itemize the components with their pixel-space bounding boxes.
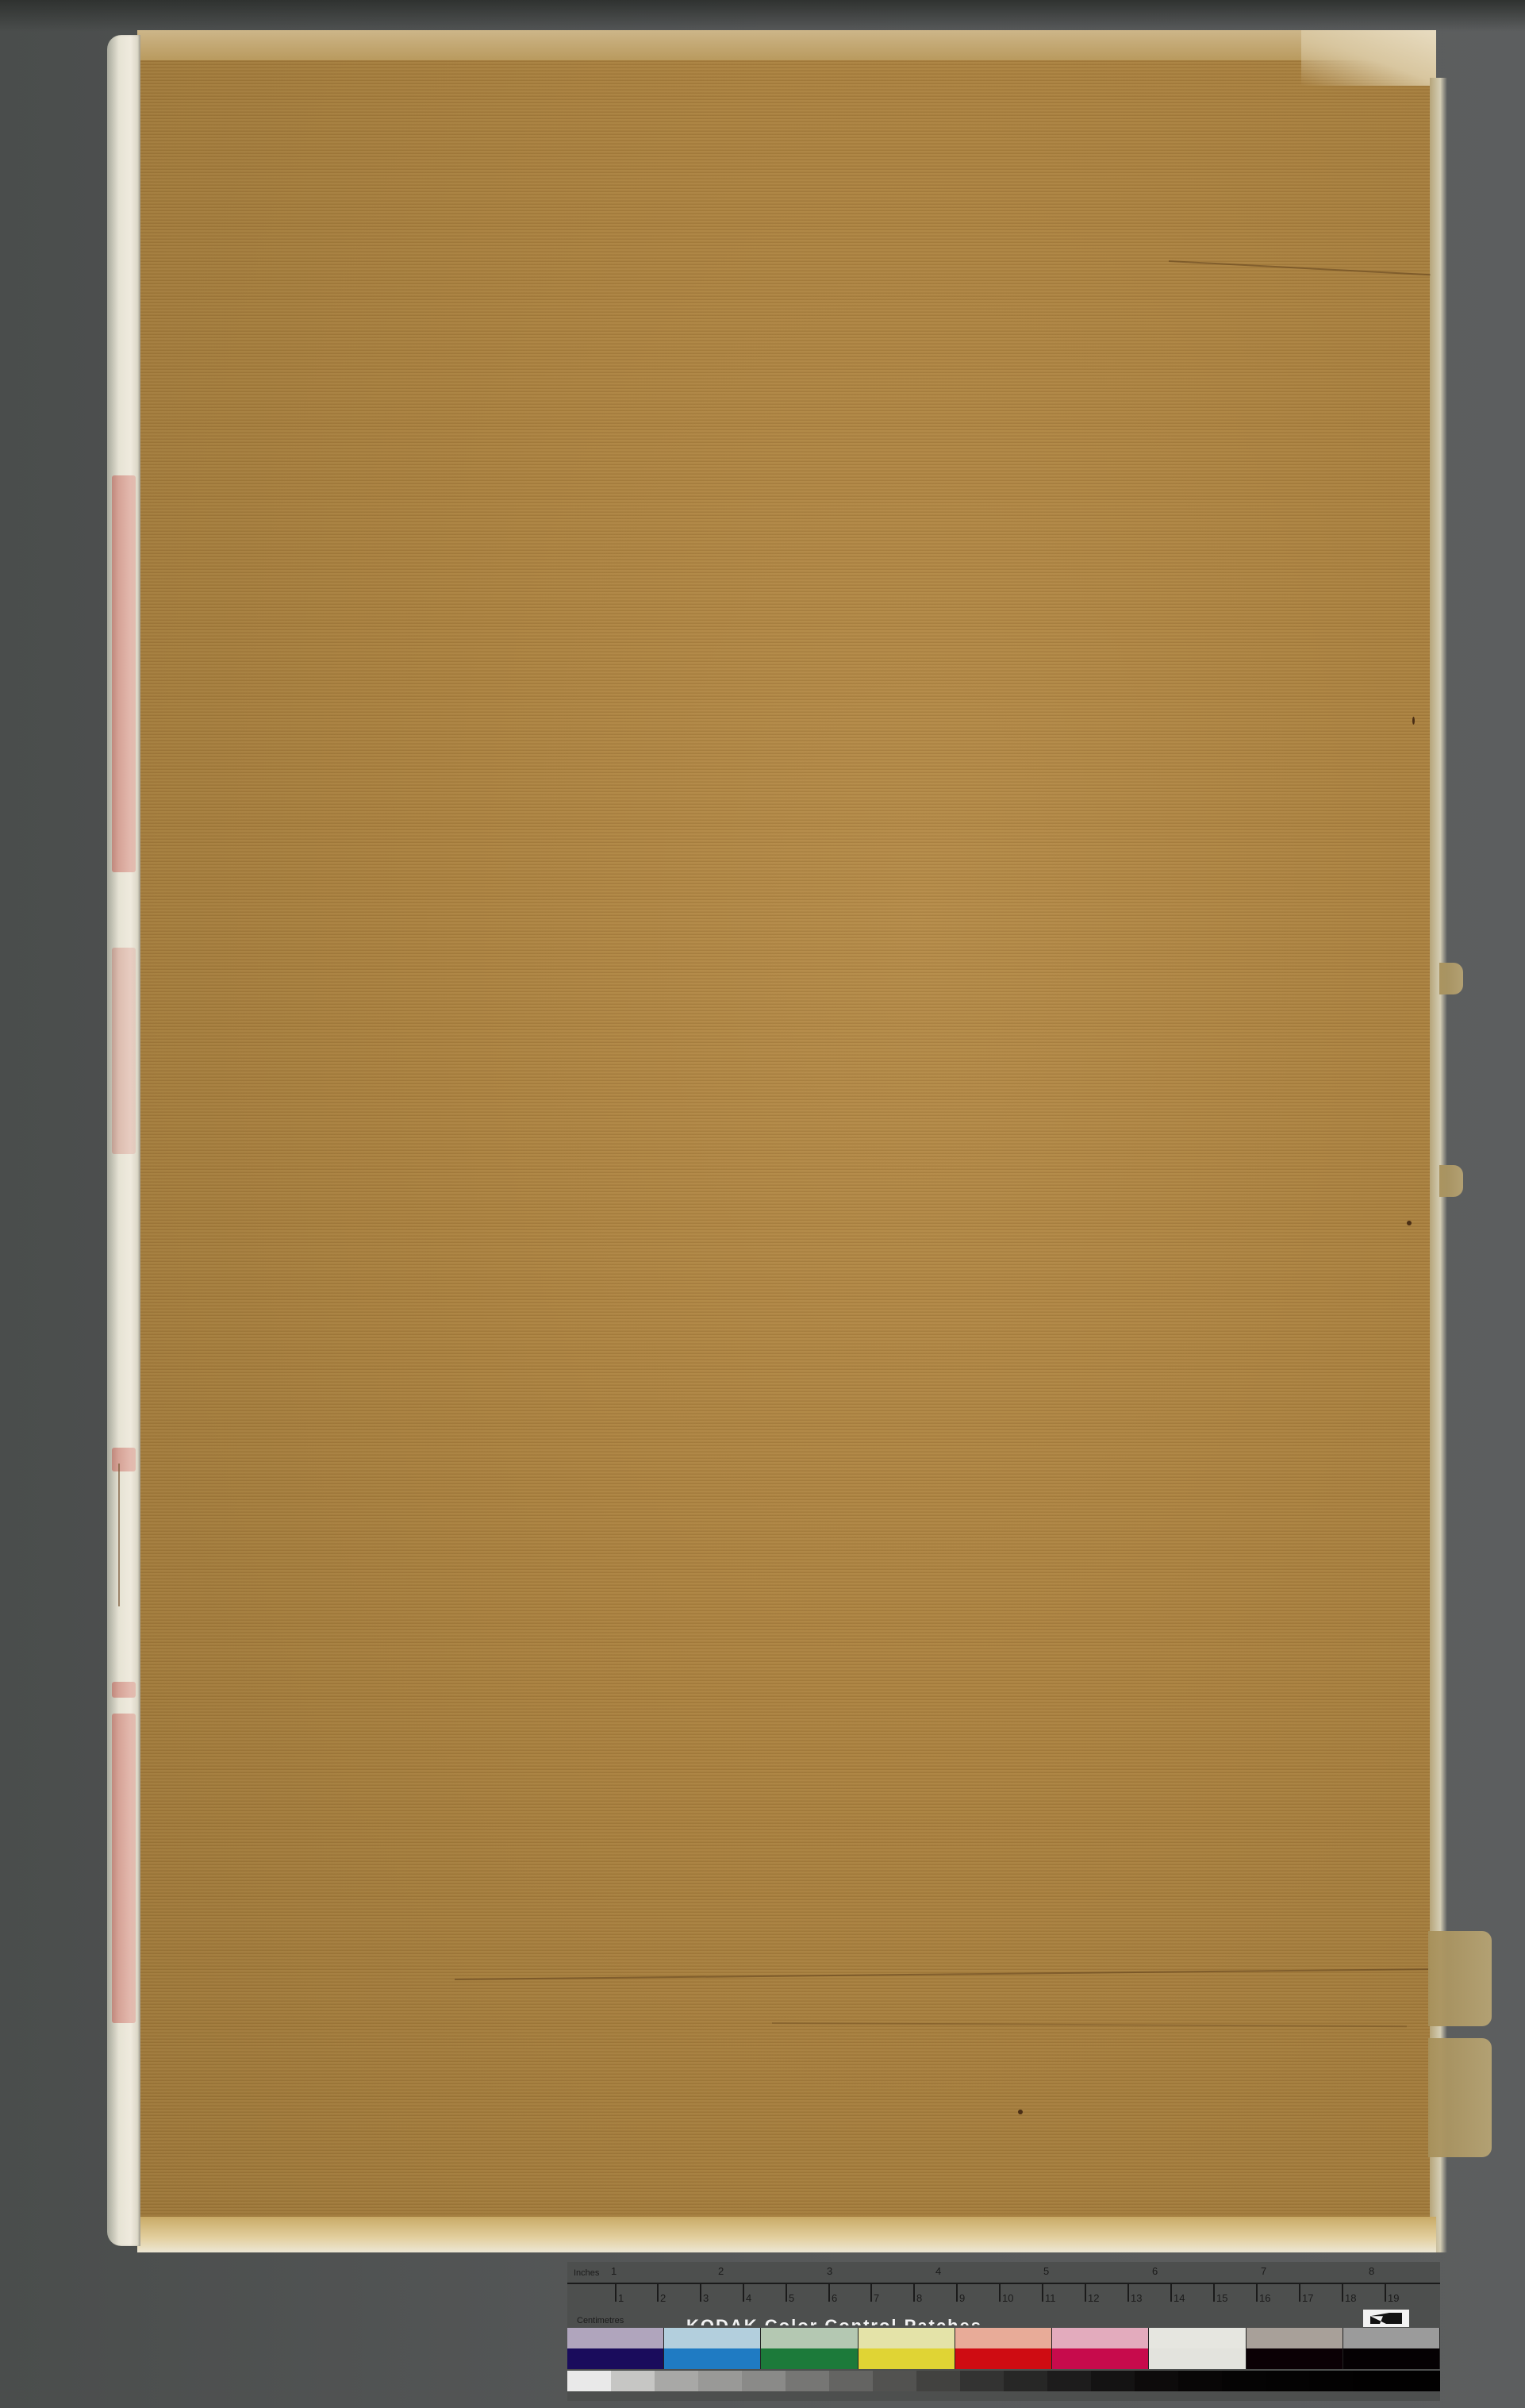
cm-tick-label: 2 [660, 2292, 666, 2304]
kodak-color-target: Inches 1 2 3 4 5 6 7 8 1 2 3 4 5 6 7 [567, 2262, 1440, 2401]
color-chip-magenta [1052, 2328, 1149, 2369]
logo-mark-icon [1370, 2313, 1402, 2324]
gray-step [611, 2371, 655, 2391]
chip-dark-swatch [859, 2348, 955, 2369]
centimetres-label: Centimetres [577, 2316, 624, 2325]
chip-dark-swatch [955, 2348, 1051, 2369]
cm-tick-label: 6 [832, 2292, 837, 2304]
cm-tick [1256, 2284, 1258, 2302]
book-cover [137, 30, 1436, 2252]
cover-crease [772, 2022, 1407, 2027]
cm-tick [1127, 2284, 1129, 2302]
cm-tick-label: 17 [1302, 2292, 1313, 2304]
cm-tick-label: 15 [1216, 2292, 1227, 2304]
spine-red-mark [112, 1448, 136, 1471]
cm-tick [743, 2284, 744, 2302]
cover-corner-wear [1301, 30, 1436, 86]
cm-tick-label: 16 [1259, 2292, 1270, 2304]
ruler-line [567, 2283, 1440, 2284]
inch-tick-label: 4 [935, 2265, 941, 2277]
cm-tick [1042, 2284, 1043, 2302]
gray-step [829, 2371, 873, 2391]
ruler: Inches 1 2 3 4 5 6 7 8 1 2 3 4 5 6 7 [567, 2262, 1440, 2311]
inch-tick-label: 2 [718, 2265, 724, 2277]
cm-tick-label: 14 [1174, 2292, 1185, 2304]
gray-step [786, 2371, 829, 2391]
gray-step [655, 2371, 698, 2391]
frayed-cloth [1439, 963, 1463, 994]
cm-tick [615, 2284, 617, 2302]
cm-tick-label: 4 [746, 2292, 751, 2304]
color-chip-red [955, 2328, 1052, 2369]
cm-tick [1342, 2284, 1343, 2302]
cover-top-edge [137, 30, 1436, 60]
gray-step [567, 2371, 611, 2391]
cm-tick [1170, 2284, 1172, 2302]
chip-light-swatch [955, 2328, 1051, 2348]
background-top-shadow [0, 0, 1525, 32]
color-chip-3/color [1247, 2328, 1343, 2369]
chip-light-swatch [567, 2328, 663, 2348]
chip-dark-swatch [1052, 2348, 1148, 2369]
inch-tick-label: 1 [611, 2265, 617, 2277]
gray-step [1047, 2371, 1091, 2391]
kodak-brand-text: KODAK Color Control Patches [686, 2314, 982, 2325]
chip-light-swatch [1247, 2328, 1343, 2348]
gray-step [1135, 2371, 1178, 2391]
frayed-cloth [1428, 1931, 1492, 2026]
inch-tick-label: 3 [827, 2265, 832, 2277]
color-chip-cyan [664, 2328, 761, 2369]
chip-dark-swatch [664, 2348, 760, 2369]
stain-spot [1407, 1221, 1412, 1225]
frayed-cloth [1439, 1165, 1463, 1197]
cm-tick-label: 7 [874, 2292, 879, 2304]
cm-tick-label: 19 [1388, 2292, 1399, 2304]
color-chips [567, 2328, 1440, 2369]
gray-step [1396, 2371, 1440, 2391]
spine-red-mark [112, 1714, 136, 2023]
gray-step [916, 2371, 960, 2391]
chip-dark-swatch [1247, 2348, 1343, 2369]
spine-red-mark [112, 948, 136, 1154]
chip-dark-swatch [1149, 2348, 1245, 2369]
chip-light-swatch [859, 2328, 955, 2348]
gray-step [960, 2371, 1004, 2391]
cm-tick [956, 2284, 958, 2302]
chip-light-swatch [664, 2328, 760, 2348]
chip-light-swatch [1052, 2328, 1148, 2348]
cm-tick-label: 9 [959, 2292, 965, 2304]
cm-tick [999, 2284, 1001, 2302]
cm-tick-label: 18 [1345, 2292, 1356, 2304]
cm-tick [870, 2284, 872, 2302]
gray-step [1004, 2371, 1047, 2391]
cm-tick [1385, 2284, 1386, 2302]
gray-step [1266, 2371, 1309, 2391]
cm-tick-label: 5 [789, 2292, 794, 2304]
gray-step [1309, 2371, 1353, 2391]
cm-tick [1299, 2284, 1300, 2302]
color-chip-white [1149, 2328, 1246, 2369]
spine-red-mark [112, 475, 136, 872]
cm-tick [828, 2284, 830, 2302]
inch-tick-label: 7 [1261, 2265, 1266, 2277]
color-chip-blue-violet [567, 2328, 664, 2369]
gray-scale [567, 2371, 1440, 2391]
kodak-logo-icon [1363, 2310, 1409, 2327]
inches-label: Inches [574, 2268, 599, 2278]
chip-light-swatch [1149, 2328, 1245, 2348]
cm-tick [700, 2284, 701, 2302]
cm-tick [913, 2284, 915, 2302]
book-spine [107, 35, 140, 2246]
cm-tick [1085, 2284, 1086, 2302]
cm-tick-label: 3 [703, 2292, 709, 2304]
gray-step [698, 2371, 742, 2391]
cm-tick-label: 12 [1088, 2292, 1099, 2304]
chip-light-swatch [1343, 2328, 1439, 2348]
gray-step [873, 2371, 916, 2391]
frayed-cloth [1428, 2038, 1492, 2157]
stain-spot [1412, 717, 1415, 725]
chip-dark-swatch [567, 2348, 663, 2369]
color-chip-yellow [859, 2328, 955, 2369]
gray-step [1222, 2371, 1266, 2391]
cm-tick-label: 8 [916, 2292, 922, 2304]
color-chip-black [1343, 2328, 1440, 2369]
gray-step [1091, 2371, 1135, 2391]
chip-light-swatch [761, 2328, 857, 2348]
cm-tick-label: 10 [1002, 2292, 1013, 2304]
cm-tick-label: 13 [1131, 2292, 1142, 2304]
cover-crease [455, 1968, 1431, 1980]
cm-tick-label: 1 [618, 2292, 624, 2304]
cover-crease [1169, 260, 1431, 275]
book [107, 30, 1436, 2252]
spine-crack [118, 1464, 120, 1606]
spine-red-mark [112, 1682, 136, 1698]
gray-step [742, 2371, 786, 2391]
cover-bottom-edge [137, 2217, 1436, 2252]
color-chip-green [761, 2328, 858, 2369]
gray-step [1353, 2371, 1396, 2391]
cm-tick [1213, 2284, 1215, 2302]
cm-tick-label: 11 [1045, 2292, 1056, 2304]
cm-tick [657, 2284, 659, 2302]
chip-dark-swatch [761, 2348, 857, 2369]
stain-spot [1018, 2110, 1023, 2114]
cm-tick [786, 2284, 787, 2302]
inch-tick-label: 5 [1043, 2265, 1049, 2277]
chip-dark-swatch [1343, 2348, 1439, 2369]
inch-tick-label: 6 [1152, 2265, 1158, 2277]
gray-step [1178, 2371, 1222, 2391]
inch-tick-label: 8 [1369, 2265, 1374, 2277]
